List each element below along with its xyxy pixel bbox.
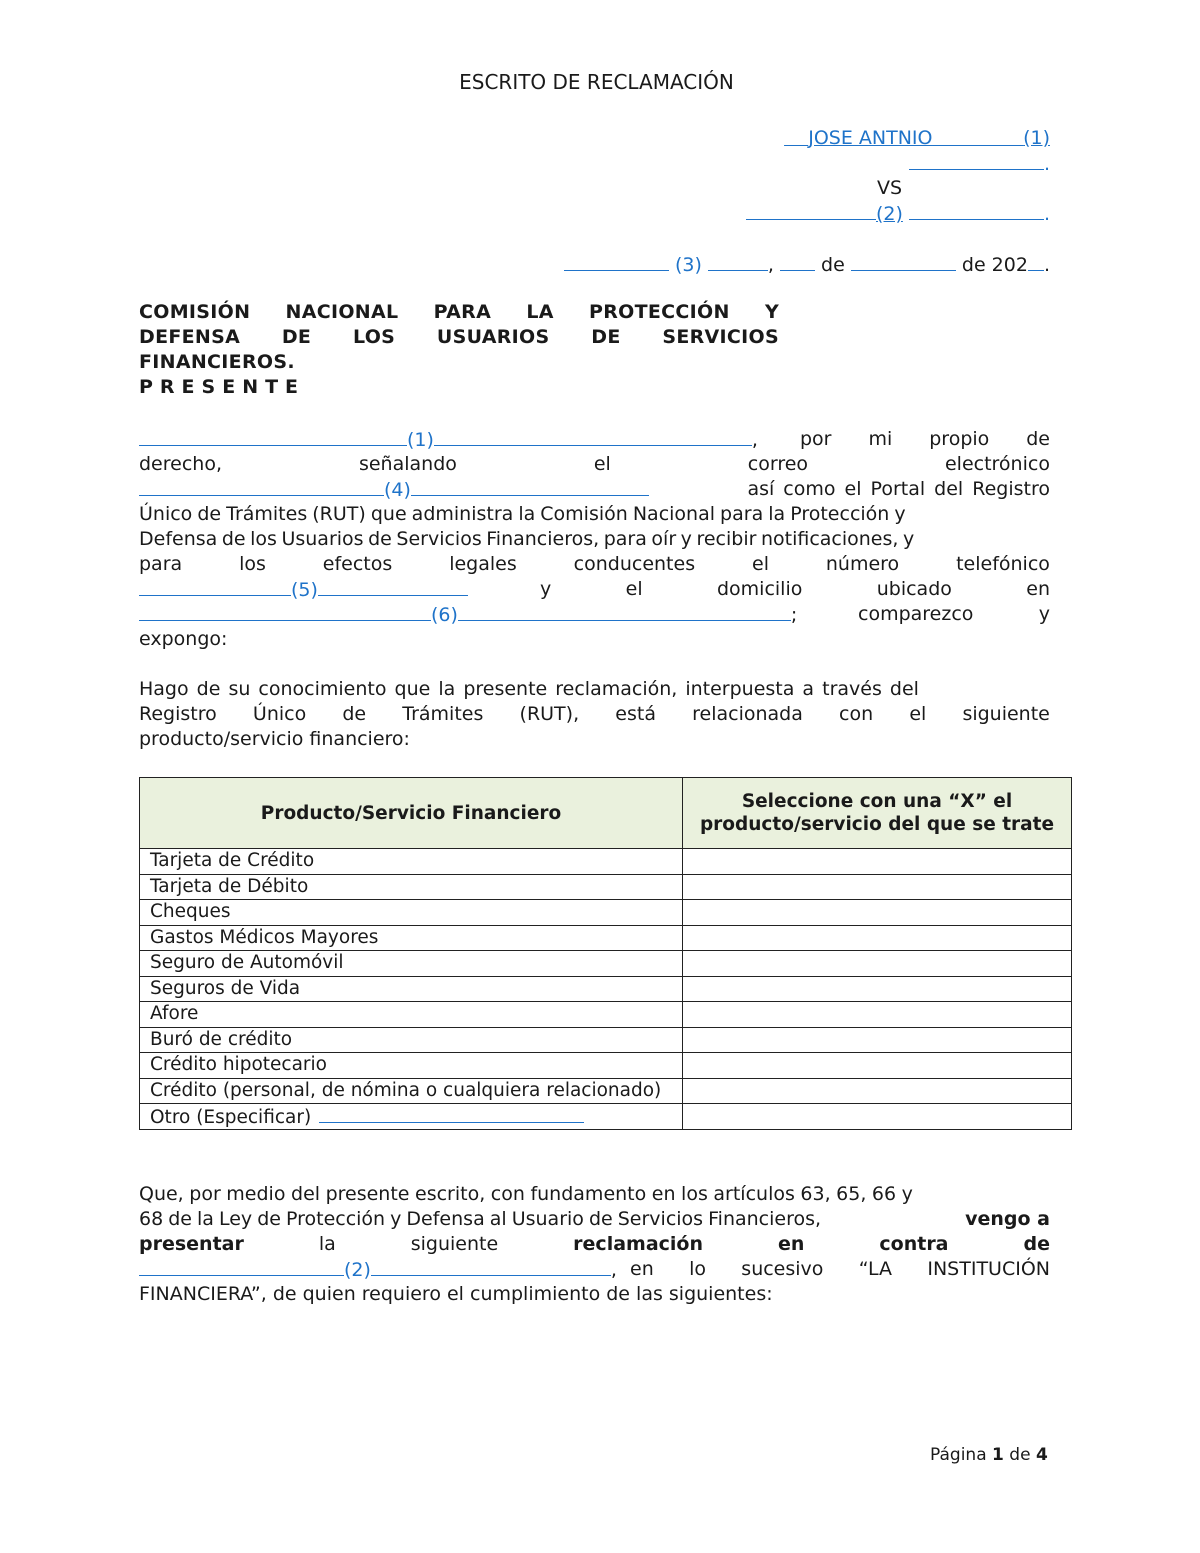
word: los	[239, 552, 266, 577]
marker-6: (6)	[431, 604, 458, 626]
claimant-suffix-blank[interactable]	[932, 127, 1023, 149]
word: siguiente	[962, 702, 1049, 727]
claim-line-1: Que, por medio del presente escrito, con…	[139, 1182, 1050, 1207]
word: el	[594, 452, 611, 477]
claimant-line: JOSE ANTNIO (1)	[700, 126, 1050, 150]
header-select: Seleccione con una “X” el producto/servi…	[683, 778, 1072, 849]
word: comparezco	[858, 602, 973, 628]
table-row: Seguro de Automóvil	[140, 951, 1072, 977]
intro-line-2: derecho,señalandoelcorreoelectrónico	[139, 452, 1050, 477]
word: ubicado	[877, 577, 952, 603]
word: y	[1039, 602, 1050, 628]
respondent-line: (2) .	[700, 201, 1050, 226]
word: para	[139, 552, 182, 577]
marker-3: (3)	[675, 254, 702, 276]
phone-blank[interactable]	[318, 577, 468, 596]
table-row: Crédito hipotecario	[140, 1053, 1072, 1079]
word: efectos	[323, 552, 393, 577]
word: derecho,	[139, 452, 222, 477]
select-cell[interactable]	[683, 900, 1072, 926]
marker-2: (2)	[876, 203, 903, 225]
word: Trámites	[402, 702, 483, 727]
date-year-prefix: de 202	[962, 254, 1028, 276]
select-cell[interactable]	[683, 1078, 1072, 1104]
header-product: Producto/Servicio Financiero	[140, 778, 683, 849]
claimant-prefix-blank[interactable]	[784, 127, 808, 149]
vs-label: VS	[877, 176, 937, 200]
word: con	[839, 702, 873, 727]
intro-line-8: (6); comparezcoy	[139, 602, 1050, 628]
select-cell[interactable]	[683, 976, 1072, 1002]
word: el	[752, 552, 769, 577]
select-cell[interactable]	[683, 951, 1072, 977]
claim-line-2: 68 de la Ley de Protección y Defensa al …	[139, 1207, 1050, 1232]
select-cell[interactable]	[683, 849, 1072, 875]
word: presentar	[139, 1232, 244, 1257]
word: Único	[253, 702, 306, 727]
email-blank[interactable]	[139, 477, 384, 496]
word: reclamación	[573, 1232, 703, 1257]
claimant-name[interactable]: JOSE ANTNIO	[808, 127, 932, 149]
intro-text: así como el Portal del Registro	[747, 477, 1050, 503]
table-row: Gastos Médicos Mayores	[140, 925, 1072, 951]
word: mi	[868, 427, 892, 453]
word: en	[630, 1257, 654, 1283]
table-row: Seguros de Vida	[140, 976, 1072, 1002]
select-cell[interactable]	[683, 925, 1072, 951]
word: electrónico	[945, 452, 1050, 477]
phone-blank[interactable]	[139, 577, 291, 596]
intro-line-1: (1), pormipropiode	[139, 427, 1050, 453]
word: PARA	[434, 300, 491, 325]
month-blank[interactable]	[851, 252, 956, 271]
word: relacionada	[692, 702, 803, 727]
table-row: Crédito (personal, de nómina o cualquier…	[140, 1078, 1072, 1104]
word: de	[342, 702, 366, 727]
word: DE	[282, 325, 311, 350]
word: por	[800, 427, 832, 453]
blank-field[interactable]	[909, 201, 1044, 220]
intro-line-3: (4) así como el Portal del Registro	[139, 477, 1050, 503]
word: la	[319, 1232, 336, 1257]
address-blank[interactable]	[139, 602, 431, 621]
intro-line-7: (5) yeldomicilioubicadoen	[139, 577, 1050, 603]
claim-line-5: FINANCIERA”, de quien requiero el cumpli…	[139, 1282, 1050, 1307]
addressee-line-3: FINANCIEROS.	[139, 350, 779, 375]
word: LOS	[353, 325, 395, 350]
table-row: Tarjeta de Crédito	[140, 849, 1072, 875]
word: en	[778, 1232, 804, 1257]
blank-field[interactable]	[909, 151, 1044, 170]
word: domicilio	[717, 577, 802, 603]
presente-label: PRESENTE	[139, 375, 779, 400]
name-blank[interactable]	[434, 427, 752, 446]
word: propio	[929, 427, 989, 453]
word: DEFENSA	[139, 325, 240, 350]
word: de	[1026, 427, 1050, 453]
word: sucesivo	[741, 1257, 823, 1283]
product-line-3: producto/servicio financiero:	[139, 727, 1050, 752]
email-blank[interactable]	[411, 477, 649, 496]
product-name: Gastos Médicos Mayores	[140, 925, 683, 951]
intro-line-9: expongo:	[139, 627, 1050, 652]
word: Registro	[139, 702, 217, 727]
select-cell[interactable]	[683, 1027, 1072, 1053]
intro-line-4: Único de Trámites (RUT) que administra l…	[139, 502, 1050, 527]
address-blank[interactable]	[458, 602, 791, 621]
marker-2: (2)	[344, 1259, 371, 1281]
product-name: Afore	[140, 1002, 683, 1028]
product-line-2: RegistroÚnicodeTrámites(RUT),estárelacio…	[139, 702, 1050, 727]
word: PROTECCIÓN	[589, 300, 730, 325]
word: número	[826, 552, 899, 577]
word: siguiente	[411, 1232, 498, 1257]
institution-blank[interactable]	[371, 1257, 611, 1276]
word: y	[540, 577, 551, 603]
product-name: Crédito hipotecario	[140, 1053, 683, 1079]
word: de	[1024, 1232, 1051, 1257]
addressee-block: COMISIÓNNACIONALPARALAPROTECCIÓNY DEFENS…	[139, 300, 779, 400]
product-name: Tarjeta de Crédito	[140, 849, 683, 875]
table-row: Cheques	[140, 900, 1072, 926]
word: correo	[748, 452, 808, 477]
table-row: Otro (Especificar)	[140, 1104, 1072, 1130]
product-name: Buró de crédito	[140, 1027, 683, 1053]
product-name: Seguro de Automóvil	[140, 951, 683, 977]
institution-blank[interactable]	[139, 1257, 344, 1276]
marker-5: (5)	[291, 579, 318, 601]
word: “LA	[859, 1257, 892, 1283]
name-blank[interactable]	[139, 427, 407, 446]
other-specify-blank[interactable]	[319, 1104, 584, 1123]
word: contra	[879, 1232, 948, 1257]
table-row: Buró de crédito	[140, 1027, 1072, 1053]
word: el	[909, 702, 926, 727]
word: legales	[449, 552, 517, 577]
word: USUARIOS	[437, 325, 550, 350]
marker-4: (4)	[384, 479, 411, 501]
product-name: Seguros de Vida	[140, 976, 683, 1002]
year-blank[interactable]	[1028, 252, 1044, 271]
marker-1: (1)	[1023, 127, 1050, 149]
document-title: ESCRITO DE RECLAMACIÓN	[0, 70, 1193, 94]
date-de: de	[821, 254, 845, 276]
intro-line-6: paralosefectoslegalesconducenteselnúmero…	[139, 552, 1050, 577]
word: lo	[689, 1257, 706, 1283]
word: SERVICIOS	[662, 325, 779, 350]
word: LA	[526, 300, 553, 325]
word: INSTITUCIÓN	[927, 1257, 1050, 1283]
claim-line-3: presentarlasiguientereclamaciónencontrad…	[139, 1232, 1050, 1257]
select-cell[interactable]	[683, 874, 1072, 900]
product-line-1: Hago de su conocimiento que la presente …	[139, 677, 1050, 702]
claim-line-4: (2), enlosucesivo“LAINSTITUCIÓN	[139, 1257, 1050, 1283]
page-number: Página 1 de 4	[930, 1445, 1048, 1465]
date-line: (3) , de de 202.	[500, 252, 1050, 277]
table-row: Afore	[140, 1002, 1072, 1028]
word: DE	[591, 325, 620, 350]
table-header-row: Producto/Servicio Financiero Seleccione …	[140, 778, 1072, 849]
day-num-blank[interactable]	[780, 252, 815, 271]
select-cell[interactable]	[683, 1104, 1072, 1130]
blank-field[interactable]	[746, 201, 876, 220]
word: (RUT),	[520, 702, 580, 727]
word: COMISIÓN	[139, 300, 250, 325]
product-table: Producto/Servicio Financiero Seleccione …	[139, 777, 1072, 1130]
word: telefónico	[956, 552, 1050, 577]
select-cell[interactable]	[683, 1002, 1072, 1028]
product-name: Tarjeta de Débito	[140, 874, 683, 900]
intro-line-5: Defensa de los Usuarios de Servicios Fin…	[139, 527, 1050, 552]
word: en	[1026, 577, 1050, 603]
word: señalando	[359, 452, 457, 477]
word: está	[615, 702, 656, 727]
place-blank[interactable]	[564, 252, 669, 271]
select-cell[interactable]	[683, 1053, 1072, 1079]
claimant-line-2: .	[700, 151, 1050, 176]
product-name: Crédito (personal, de nómina o cualquier…	[140, 1078, 683, 1104]
marker-1: (1)	[407, 429, 434, 451]
day-blank[interactable]	[708, 252, 768, 271]
word: Y	[765, 300, 779, 325]
product-name: Otro (Especificar)	[140, 1104, 683, 1130]
word: el	[626, 577, 643, 603]
product-name: Cheques	[140, 900, 683, 926]
word: conducentes	[574, 552, 695, 577]
word: NACIONAL	[286, 300, 399, 325]
table-row: Tarjeta de Débito	[140, 874, 1072, 900]
